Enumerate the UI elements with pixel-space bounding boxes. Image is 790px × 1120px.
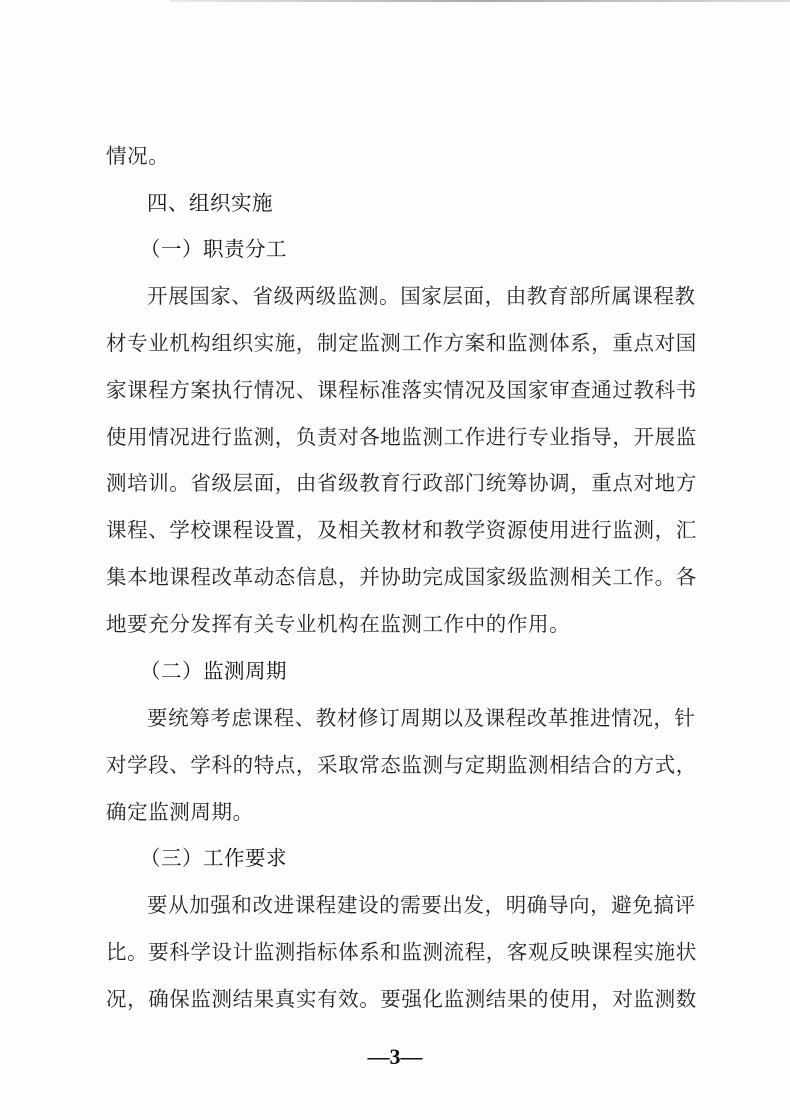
paragraph-line: 开展国家、省级两级监测。国家层面，由教育部所属课程教 xyxy=(106,281,688,311)
subsection-heading-3: （三）工作要求 xyxy=(140,843,287,873)
paragraph-line: 比。要科学设计监测指标体系和监测流程，客观反映课程实施状 xyxy=(106,937,688,967)
paragraph-line: 要统筹考虑课程、教材修订周期以及课程改革推进情况，针 xyxy=(106,703,688,733)
paragraph-line: 地要充分发挥有关专业机构在监测工作中的作用。 xyxy=(106,609,688,639)
paragraph-line: 使用情况进行监测，负责对各地监测工作进行专业指导，开展监 xyxy=(106,422,688,452)
paragraph-line: 课程、学校课程设置，及相关教材和教学资源使用进行监测，汇 xyxy=(106,515,688,545)
subsection-heading-2: （二）监测周期 xyxy=(140,656,287,686)
scan-top-edge xyxy=(170,0,790,2)
section-heading: 四、组织实施 xyxy=(147,188,273,218)
paragraph-line: 确定监测周期。 xyxy=(106,797,688,827)
paragraph-line: 集本地课程改革动态信息，并协助完成国家级监测相关工作。各 xyxy=(106,562,688,592)
page-number: —3— xyxy=(0,1044,790,1070)
paragraph-line: 测培训。省级层面，由省级教育行政部门统筹协调，重点对地方 xyxy=(106,468,688,498)
continuation-line: 情况。 xyxy=(106,141,688,171)
paragraph-line: 家课程方案执行情况、课程标准落实情况及国家审查通过教科书 xyxy=(106,375,688,405)
paragraph-line: 材专业机构组织实施，制定监测工作方案和监测体系，重点对国 xyxy=(106,328,688,358)
paragraph-line: 对学段、学科的特点，采取常态监测与定期监测相结合的方式， xyxy=(106,750,688,780)
paragraph-line: 要从加强和改进课程建设的需要出发，明确导向，避免搞评 xyxy=(106,890,688,920)
paragraph-line: 况，确保监测结果真实有效。要强化监测结果的使用，对监测数 xyxy=(106,984,688,1014)
subsection-heading-1: （一）职责分工 xyxy=(140,234,287,264)
